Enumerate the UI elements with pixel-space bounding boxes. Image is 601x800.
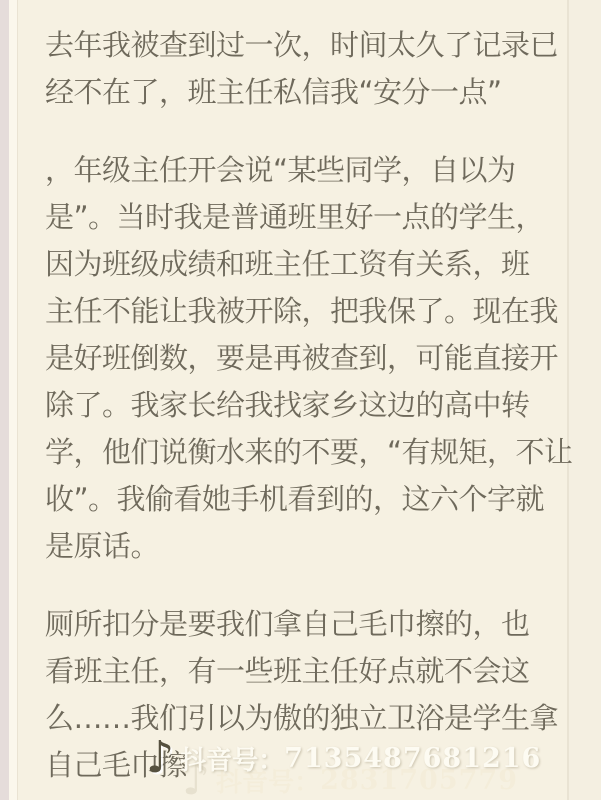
text-line: 主任不能让我被开除，把我保了。现在我 — [45, 288, 561, 335]
text-line: 除了。我家长给我找家乡这边的高中转 — [45, 382, 561, 429]
text-line: 学，他们说衡水来的不要，“有规矩，不让 — [45, 429, 561, 476]
left-edge-band — [9, 0, 18, 800]
text-line: 自己毛巾擦 — [45, 742, 561, 789]
text-line: 收”。我偷看她手机看到的，这六个字就 — [45, 476, 561, 523]
text-line: 经不在了，班主任私信我“安分一点” — [45, 69, 561, 116]
text-line: ，年级主任开会说“某些同学，自以为 — [45, 147, 561, 194]
right-edge-strip — [569, 0, 601, 800]
text-line: 去年我被查到过一次，时间太久了记录已 — [45, 22, 561, 69]
left-edge-strip — [0, 0, 9, 800]
text-line: 因为班级成绩和班主任工资有关系，班 — [45, 241, 561, 288]
text-line: 是”。当时我是普通班里好一点的学生， — [45, 194, 561, 241]
text-line: 看班主任，有一些班主任好点就不会这 — [45, 648, 561, 695]
text-line: 厕所扣分是要我们拿自己毛巾擦的，也 — [45, 601, 561, 648]
text-line: 是原话。 — [45, 523, 561, 570]
text-line: 么……我们引以为傲的独立卫浴是学生拿 — [45, 695, 561, 742]
text-passage: 去年我被查到过一次，时间太久了记录已 经不在了，班主任私信我“安分一点” ，年级… — [45, 22, 561, 789]
text-line: 是好班倒数，要是再被查到，可能直接开 — [45, 335, 561, 382]
